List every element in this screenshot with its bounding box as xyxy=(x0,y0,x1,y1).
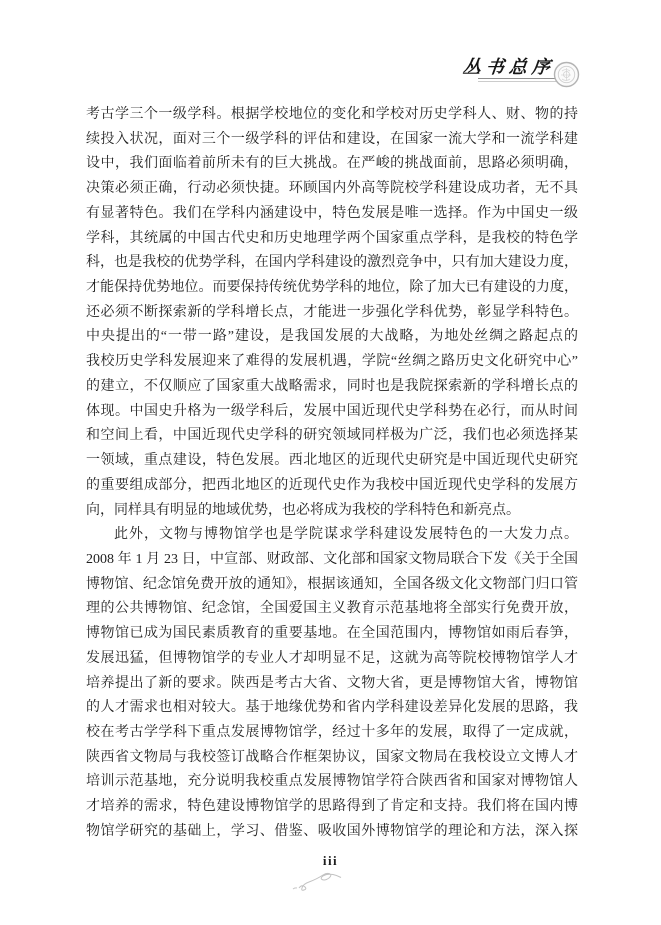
coin-seal-icon xyxy=(553,61,580,88)
text-line: 科，也是我校的优势学科，在国内学科建设的激烈竞争中，只有加大建设力度， xyxy=(86,251,578,276)
text-line: 中央提出的“一带一路”建设，是我国发展的大战略，为地处丝绸之路起点的 xyxy=(86,325,578,350)
text-line: 的人才需求也相对较大。基于地缘优势和省内学科建设差异化发展的思路，我 xyxy=(86,696,578,721)
text-line: 才培养的需求，特色建设博物馆学的思路得到了肯定和支持。我们将在国内博 xyxy=(86,795,578,820)
text-line: 培训示范基地，充分说明我校重点发展博物馆学符合陕西省和国家对博物馆人 xyxy=(86,770,578,795)
page-footer: iii xyxy=(0,852,661,870)
text-line: 考古学三个一级学科。根据学校地位的变化和学校对历史学科人、财、物的持 xyxy=(86,103,578,128)
text-line: 体现。中国史升格为一级学科后，发展中国近现代史学科势在必行，而从时间 xyxy=(86,400,578,425)
text-line: 学科，其统属的中国古代史和历史地理学两个国家重点学科，是我校的特色学 xyxy=(86,227,578,252)
text-line: 才能保持优势地位。而要保持传统优势学科的地位，除了加大已有建设的力度， xyxy=(86,276,578,301)
text-line: 决策必须正确，行动必须快捷。环顾国内外高等院校学科建设成功者，无不具 xyxy=(86,177,578,202)
text-line: 理的公共博物馆、纪念馆，全国爱国主义教育示范基地将全部实行免费开放， xyxy=(86,597,578,622)
text-line: 和空间上看，中国近现代史学科的研究领域同样极为广泛，我们也必须选择某 xyxy=(86,424,578,449)
header-rule xyxy=(478,78,560,79)
calligraphic-flourish-icon xyxy=(291,870,347,896)
text-line: 培养提出了新的要求。陕西是考古大省、文物大省，更是博物馆大省，博物馆 xyxy=(86,672,578,697)
text-line: 有显著特色。我们在学科内涵建设中，特色发展是唯一选择。作为中国史一级 xyxy=(86,202,578,227)
text-line: 此外，文物与博物馆学也是学院谋求学科建设发展特色的一大发力点。 xyxy=(86,523,578,548)
book-page: 丛书总序 考古学三个一级学科。根据学校地位的变化和学校对历史学科人、财、物的持 … xyxy=(0,0,661,925)
preface-body: 考古学三个一级学科。根据学校地位的变化和学校对历史学科人、财、物的持 续投入状况… xyxy=(86,103,578,845)
text-line: 的重要组成部分，把西北地区的近现代史作为我校中国近现代史学科的发展方 xyxy=(86,474,578,499)
text-line: 2008 年 1 月 23 日，中宣部、财政部、文化部和国家文物局联合下发《关于… xyxy=(86,548,578,573)
text-line: 博物馆、纪念馆免费开放的通知》，根据该通知，全国各级文化文物部门归口管 xyxy=(86,573,578,598)
text-line: 一领域，重点建设，特色发展。西北地区的近现代史研究是中国近现代史研究 xyxy=(86,449,578,474)
text-line: 向，同样具有明显的地域优势，也必将成为我校的学科特色和新亮点。 xyxy=(86,499,578,524)
text-line: 还必须不断探索新的学科增长点，才能进一步强化学科优势，彰显学科特色。 xyxy=(86,301,578,326)
page-number: iii xyxy=(323,853,338,869)
page-header: 丛书总序 xyxy=(0,0,661,100)
text-line: 博物馆已成为国民素质教育的重要基地。在全国范围内，博物馆如雨后春笋， xyxy=(86,622,578,647)
text-line: 陕西省文物局与我校签订战略合作框架协议，国家文物局在我校设立文博人才 xyxy=(86,746,578,771)
text-line: 校在考古学学科下重点发展博物馆学，经过十多年的发展，取得了一定成就， xyxy=(86,721,578,746)
text-line: 续投入状况，面对三个一级学科的评估和建设，在国家一流大学和一流学科建 xyxy=(86,128,578,153)
text-line: 发展迅猛，但博物馆学的专业人才却明显不足，这就为高等院校博物馆学人才 xyxy=(86,647,578,672)
text-line: 我校历史学科发展迎来了难得的发展机遇，学院“丝绸之路历史文化研究中心” xyxy=(86,350,578,375)
header-rule-shadow xyxy=(478,81,560,82)
text-line: 设中，我们面临着前所未有的巨大挑战。在严峻的挑战面前，思路必须明确， xyxy=(86,152,578,177)
text-line: 的建立，不仅顺应了国家重大战略需求，同时也是我院探索新的学科增长点的 xyxy=(86,375,578,400)
text-line: 物馆学研究的基础上，学习、借鉴、吸收国外博物馆学的理论和方法，深入探 xyxy=(86,820,578,845)
series-preface-title: 丛书总序 xyxy=(462,53,557,79)
